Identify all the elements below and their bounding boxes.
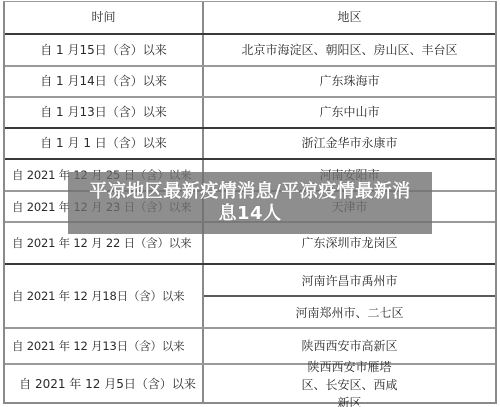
row-region: 河南许昌市禹州市 [204,265,495,295]
table-row: 自 1 月 1 日（含）以来 浙江金华市永康市 [5,127,495,158]
row-region: 广东珠海市 [204,67,495,96]
row-time: 自 1 月13日（含）以来 [5,98,204,127]
table-row: 自 1 月14日（含）以来 广东珠海市 [5,65,495,96]
table-row: 自 1 月15日（含）以来 北京市海淀区、朝阳区、房山区、丰台区 [5,33,495,65]
row-region: 浙江金华市永康市 [204,129,495,158]
row-region: 河南郑州市、二七区 [204,295,495,327]
row-time: 自 1 月14日（含）以来 [5,67,204,96]
row-region: 陕西西安市雁塔区、长安区、西咸新区 [204,365,495,404]
row-time: 自 2021 年 12 月13日（含）以来 [5,329,204,363]
overlay-title: 平凉地区最新疫情消息/平凉疫情最新消息14人 [85,181,415,225]
row-time: 自 2021 年 12 月18日（含）以来 [5,265,204,327]
table-row: 自 1 月13日（含）以来 广东中山市 [5,96,495,127]
row-time: 自 2021 年 12 月5日（含）以来 [5,365,204,404]
header-time: 时间 [5,2,204,33]
table-row: 自 2021 年 12 月13日（含）以来 陕西西安市高新区 [5,327,495,363]
row-time: 自 1 月15日（含）以来 [5,35,204,65]
row-region: 北京市海淀区、朝阳区、房山区、丰台区 [204,35,495,65]
table-header-row: 时间 地区 [5,2,495,33]
row-region-split: 河南许昌市禹州市 河南郑州市、二七区 [204,265,495,327]
row-time: 自 1 月 1 日（含）以来 [5,129,204,158]
table-row: 自 2021 年 12 月18日（含）以来 河南许昌市禹州市 河南郑州市、二七区 [5,263,495,327]
row-region: 广东中山市 [204,98,495,127]
title-overlay-banner: 平凉地区最新疫情消息/平凉疫情最新消息14人 [68,172,432,234]
table-row: 自 2021 年 12 月5日（含）以来 陕西西安市雁塔区、长安区、西咸新区 [5,363,495,404]
header-region: 地区 [204,2,495,33]
